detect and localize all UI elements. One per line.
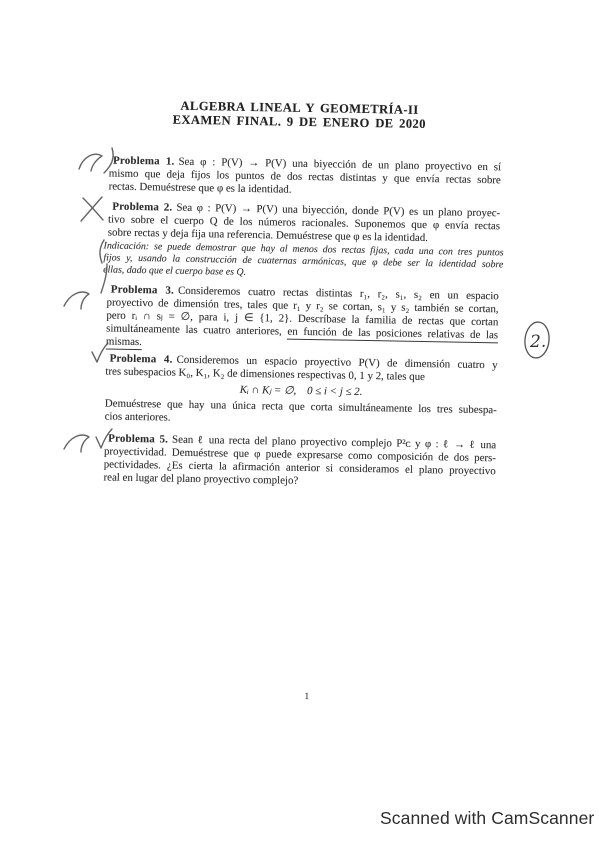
problem-5: Problema 5.Sean ℓ una recta del plano pr… [103,432,496,491]
problem-2-label: Problema 2. [112,201,172,214]
problem-5-label: Problema 5. [108,433,168,446]
problem-3-label: Problema 3. [111,284,174,297]
underlined-text: mismas. [106,335,142,349]
problem-1: Problema 1.Sea φ : P(V) → P(V) una biyec… [109,155,502,201]
scanned-page: ALGEBRA LINEAL Y GEOMETRÍA-II EXAMEN FIN… [0,0,599,848]
problem-1-label: Problema 1. [113,155,175,168]
problem-2: Problema 2.Sea φ : P(V) → P(V) una biyec… [107,200,500,282]
page-number: 1 [114,689,500,706]
camscanner-watermark: Scanned with CamScanner [380,808,595,829]
problem-4: Problema 4.Consideremos un espacio proye… [104,352,497,430]
scanned-exam-screenshot: { "document": { "title_line1": "ALGEBRA … [0,0,599,848]
problem-3: Problema 3.Consideremos cuatro rectas di… [106,283,499,355]
indication-block: Indicación: se puede demostrar que hay a… [103,240,504,282]
problem-4-label: Problema 4. [110,353,173,366]
